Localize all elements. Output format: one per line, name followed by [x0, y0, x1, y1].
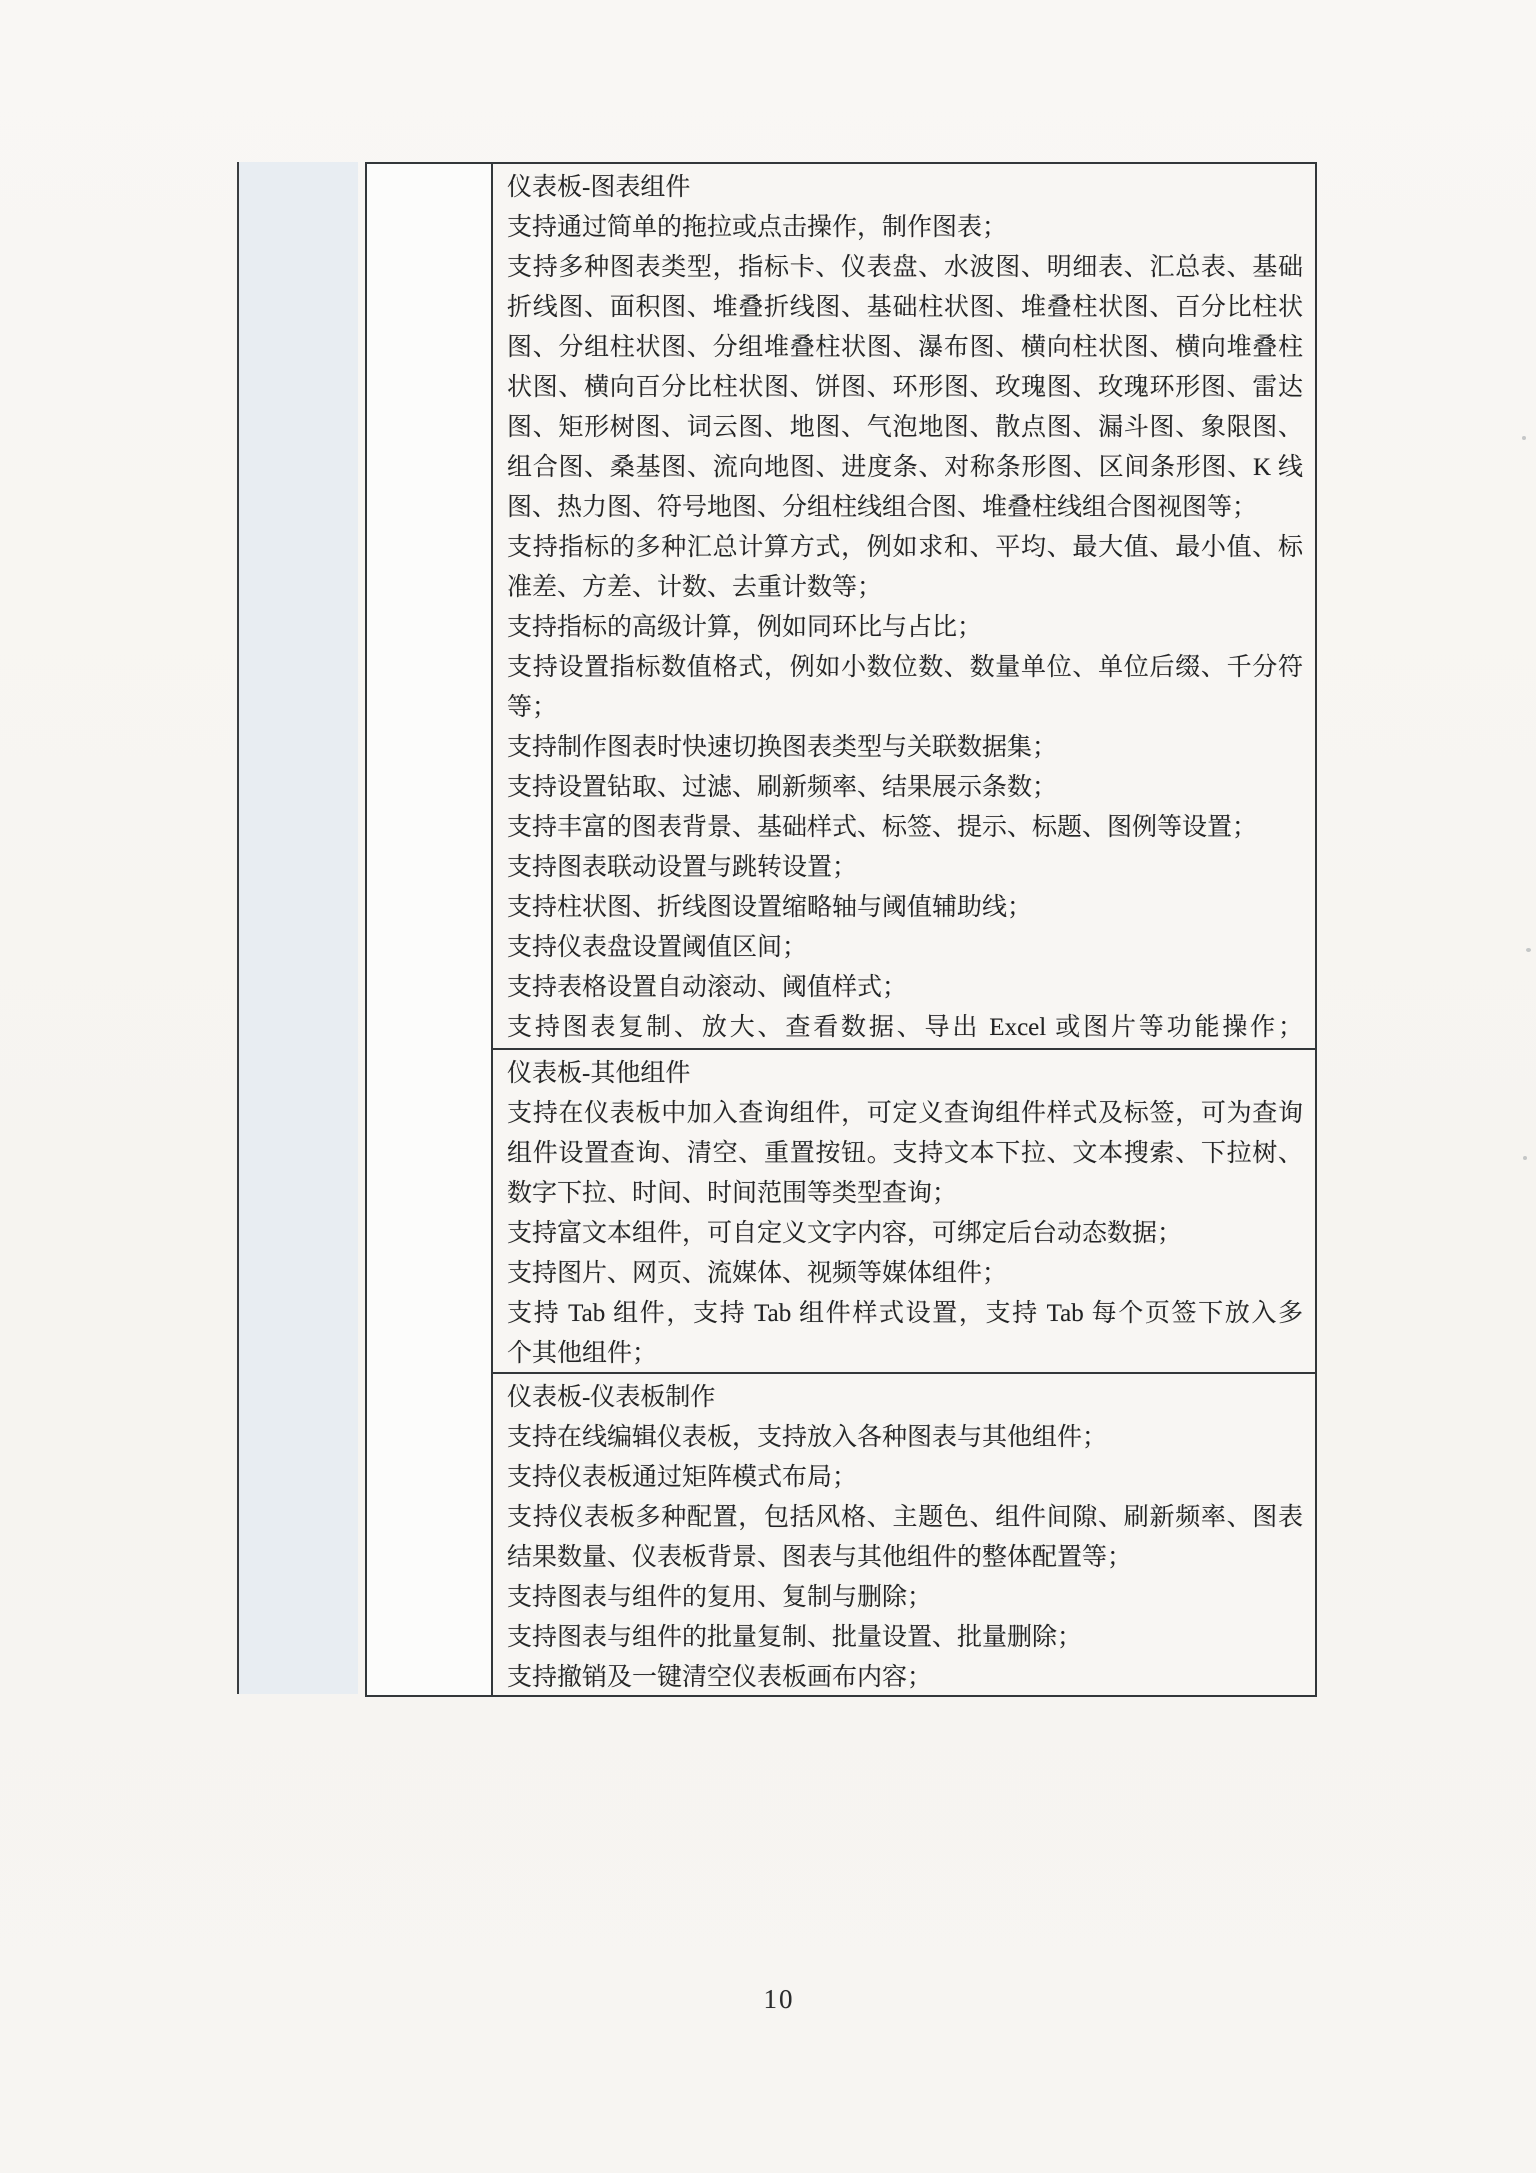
spec-line: 支持仪表板多种配置，包括风格、主题色、组件间隙、刷新频率、图表 — [507, 1498, 1303, 1538]
spec-line: 支持表格设置自动滚动、阈值样式； — [507, 968, 1303, 1008]
spec-line: 支持指标的多种汇总计算方式，例如求和、平均、最大值、最小值、标 — [507, 528, 1303, 568]
spec-line: 支持仪表板通过矩阵模式布局； — [507, 1458, 1303, 1498]
spec-line: 折线图、面积图、堆叠折线图、基础柱状图、堆叠柱状图、百分比柱状 — [507, 288, 1303, 328]
scan-speck — [1523, 1156, 1527, 1160]
spec-line: 支持图表与组件的复用、复制与删除； — [507, 1578, 1303, 1618]
spec-table-text-column: 仪表板-图表组件支持通过简单的拖拉或点击操作，制作图表；支持多种图表类型，指标卡… — [493, 162, 1317, 1697]
spec-line: 状图、横向百分比柱状图、饼图、环形图、玫瑰图、玫瑰环形图、雷达 — [507, 368, 1303, 408]
spec-line: 图、分组柱状图、分组堆叠柱状图、瀑布图、横向柱状图、横向堆叠柱 — [507, 328, 1303, 368]
spec-line: 支持 Tab 组件，支持 Tab 组件样式设置，支持 Tab 每个页签下放入多 — [507, 1294, 1303, 1334]
spec-line: 支持图片、网页、流媒体、视频等媒体组件； — [507, 1254, 1303, 1294]
table-section: 仪表板-仪表板制作支持在线编辑仪表板，支持放入各种图表与其他组件；支持仪表板通过… — [493, 1372, 1315, 1695]
spec-line: 图、矩形树图、词云图、地图、气泡地图、散点图、漏斗图、象限图、 — [507, 408, 1303, 448]
section-title: 仪表板-仪表板制作 — [507, 1378, 1303, 1418]
scanned-document-page: 仪表板-图表组件支持通过简单的拖拉或点击操作，制作图表；支持多种图表类型，指标卡… — [0, 0, 1536, 2173]
spec-line: 支持图表复制、放大、查看数据、导出 Excel 或图片等功能操作； — [507, 1008, 1303, 1048]
scan-speck — [1522, 436, 1526, 440]
spec-line: 支持指标的高级计算，例如同环比与占比； — [507, 608, 1303, 648]
spec-line: 准差、方差、计数、去重计数等； — [507, 568, 1303, 608]
spec-line: 个其他组件； — [507, 1334, 1303, 1372]
section-title: 仪表板-其他组件 — [507, 1054, 1303, 1094]
spec-line: 结果数量、仪表板背景、图表与其他组件的整体配置等； — [507, 1538, 1303, 1578]
table-section: 仪表板-其他组件支持在仪表板中加入查询组件，可定义查询组件样式及标签，可为查询组… — [493, 1048, 1315, 1372]
spec-line: 数字下拉、时间、时间范围等类型查询； — [507, 1174, 1303, 1214]
page-number: 10 — [0, 1984, 1536, 2015]
spec-line: 支持设置钻取、过滤、刷新频率、结果展示条数； — [507, 768, 1303, 808]
spec-line: 组合图、桑基图、流向地图、进度条、对称条形图、区间条形图、K 线 — [507, 448, 1303, 488]
spec-line: 支持通过简单的拖拉或点击操作，制作图表； — [507, 208, 1303, 248]
spec-line: 等； — [507, 688, 1303, 728]
scan-speck — [1526, 948, 1531, 952]
table-section: 仪表板-图表组件支持通过简单的拖拉或点击操作，制作图表；支持多种图表类型，指标卡… — [493, 164, 1315, 1048]
spec-line: 支持图表与组件的批量复制、批量设置、批量删除； — [507, 1618, 1303, 1658]
spec-line: 图、热力图、符号地图、分组柱线组合图、堆叠柱线组合图视图等； — [507, 488, 1303, 528]
spec-line: 支持多种图表类型，指标卡、仪表盘、水波图、明细表、汇总表、基础 — [507, 248, 1303, 288]
section-title: 仪表板-图表组件 — [507, 168, 1303, 208]
spec-line: 支持设置指标数值格式，例如小数位数、数量单位、单位后缀、千分符 — [507, 648, 1303, 688]
spec-line: 支持在仪表板中加入查询组件，可定义查询组件样式及标签，可为查询 — [507, 1094, 1303, 1134]
spec-line: 支持丰富的图表背景、基础样式、标签、提示、标题、图例等设置； — [507, 808, 1303, 848]
table-left-continuation-cell — [237, 162, 358, 1694]
spec-line: 支持富文本组件，可自定义文字内容，可绑定后台动态数据； — [507, 1214, 1303, 1254]
spec-line: 支持仪表盘设置阈值区间； — [507, 928, 1303, 968]
spec-line: 支持制作图表时快速切换图表类型与关联数据集； — [507, 728, 1303, 768]
spec-line: 支持柱状图、折线图设置缩略轴与阈值辅助线； — [507, 888, 1303, 928]
table-empty-cell-column — [365, 162, 493, 1697]
spec-line: 组件设置查询、清空、重置按钮。支持文本下拉、文本搜索、下拉树、 — [507, 1134, 1303, 1174]
spec-line: 支持图表联动设置与跳转设置； — [507, 848, 1303, 888]
spec-line: 支持在线编辑仪表板，支持放入各种图表与其他组件； — [507, 1418, 1303, 1458]
spec-line: 支持撤销及一键清空仪表板画布内容； — [507, 1658, 1303, 1695]
